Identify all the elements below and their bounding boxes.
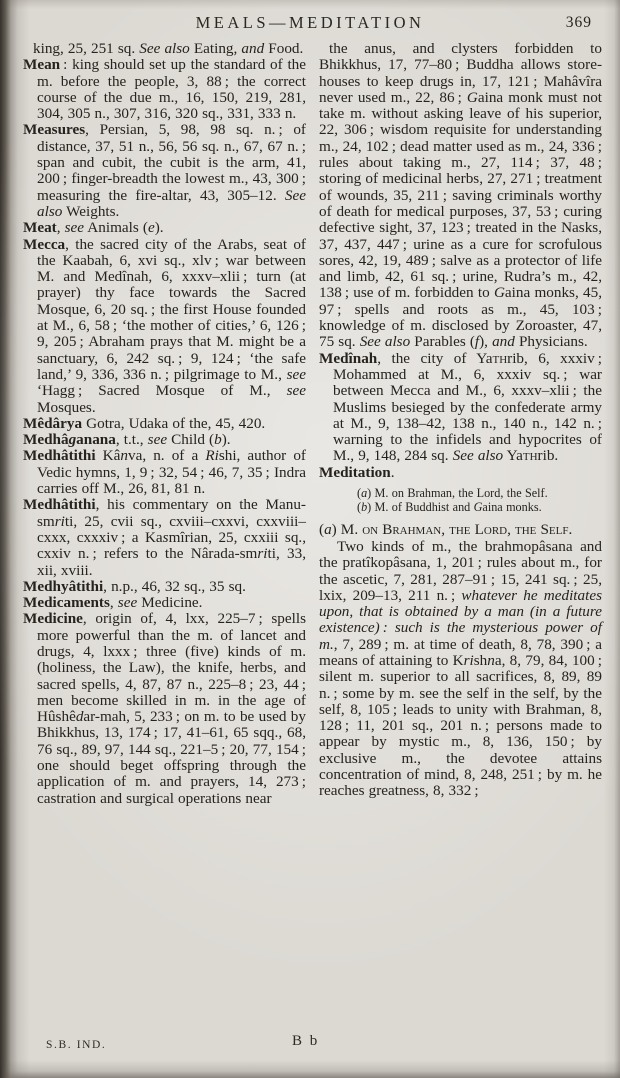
index-paragraph: Medînah, the city of Yathrib, 6, xxxiv ;… [319,351,602,465]
index-paragraph: Medicaments, see Medicine. [23,595,306,611]
index-paragraph: Measures, Persian, 5, 98, 98 sq. n. ; of… [23,122,306,220]
index-paragraph: Mêdârya Gotra, Udaka of the, 45, 420. [23,416,306,432]
index-paragraph: Medhyâtithi, n.p., 46, 32 sq., 35 sq. [23,579,306,595]
index-paragraph: Two kinds of m., the brahmopâsana and th… [319,539,602,800]
index-paragraph: Mecca, the sacred city of the Arabs, sea… [23,237,306,416]
index-column-left: king, 25, 251 sq. See also Eating, and F… [23,41,306,807]
index-paragraph: the anus, and clysters forbidden to Bhik… [319,41,602,351]
printer-signature: S.B. IND. [46,1039,106,1051]
index-paragraph: Medicine, origin of, 4, lxx, 225–7 ; spe… [23,611,306,807]
index-paragraph: Medhâganana, t.t., see Child (b). [23,432,306,448]
book-page: MEALS—MEDITATION 369 king, 25, 251 sq. S… [0,0,620,1078]
index-paragraph: (a) M. on Brahman, the Lord, the Self. [357,487,602,501]
index-paragraph: Mean : king should set up the standard o… [23,57,306,122]
index-paragraph: Meditation. [319,465,602,481]
index-paragraph: Meat, see Animals (e). [23,220,306,236]
index-paragraph: Medhâtithi Kânva, n. of a Rishi, author … [23,448,306,497]
index-paragraph: (a) M. on Brahman, the Lord, the Self. [319,522,602,538]
index-paragraph: king, 25, 251 sq. See also Eating, and F… [23,41,306,57]
gathering-mark: B b [292,1033,319,1050]
index-paragraph: Medhâtithi, his commentary on the Manu-s… [23,497,306,578]
running-head: MEALS—MEDITATION [0,13,620,33]
index-column-right: the anus, and clysters forbidden to Bhik… [319,41,602,807]
index-paragraph: (b) M. of Buddhist and Gaina monks. [357,501,602,515]
page-number: 369 [566,14,592,32]
index-columns: king, 25, 251 sq. See also Eating, and F… [23,41,605,807]
